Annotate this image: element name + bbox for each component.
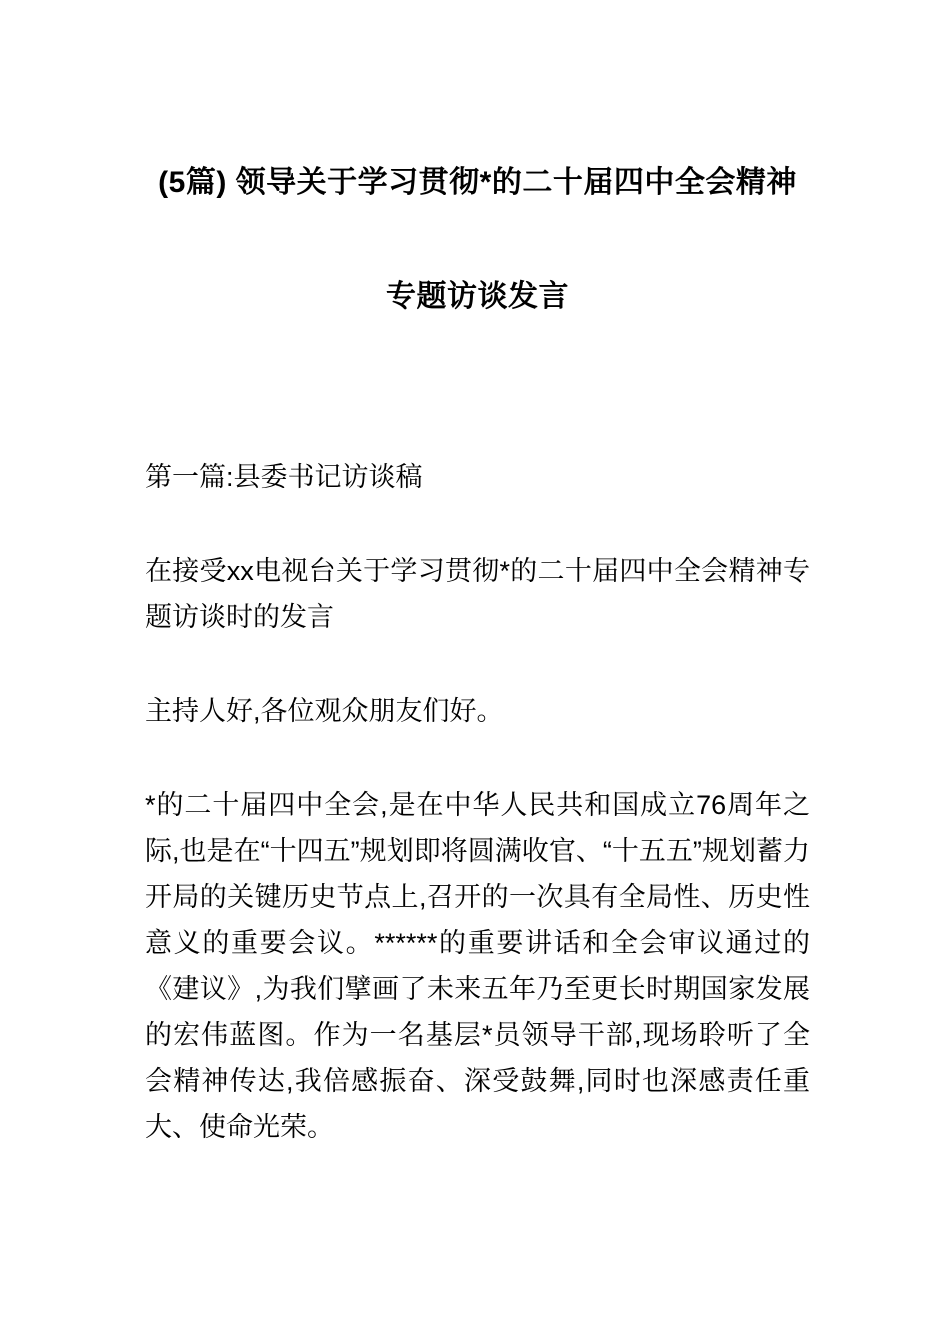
document-body: 第一篇:县委书记访谈稿 在接受xx电视台关于学习贯彻*的二十届四中全会精神专题访… (145, 454, 810, 1150)
document-title-line-1: (5篇) 领导关于学习贯彻*的二十届四中全会精神 (145, 126, 810, 240)
document-title-line-2: 专题访谈发言 (145, 240, 810, 354)
paragraph-speech-title: 在接受xx电视台关于学习贯彻*的二十届四中全会精神专题访谈时的发言 (145, 548, 810, 640)
paragraph-greeting: 主持人好,各位观众朋友们好。 (145, 688, 810, 734)
paragraph-body-text: *的二十届四中全会,是在中华人民共和国成立76周年之际,也是在“十四五”规划即将… (145, 782, 810, 1150)
document-title: (5篇) 领导关于学习贯彻*的二十届四中全会精神 专题访谈发言 (145, 126, 810, 354)
document-page: (5篇) 领导关于学习贯彻*的二十届四中全会精神 专题访谈发言 第一篇:县委书记… (0, 0, 950, 1344)
document-content: (5篇) 领导关于学习贯彻*的二十届四中全会精神 专题访谈发言 第一篇:县委书记… (0, 0, 950, 1150)
paragraph-section-heading: 第一篇:县委书记访谈稿 (145, 454, 810, 500)
